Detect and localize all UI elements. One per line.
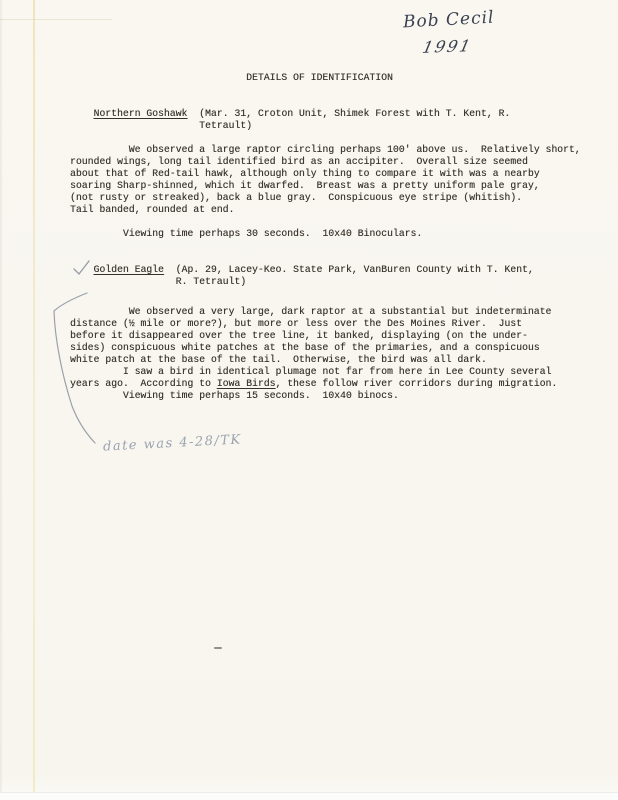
stray-dash-mark — [214, 647, 222, 649]
scanner-bottom-edge — [0, 792, 618, 800]
checkmark-icon — [74, 261, 89, 274]
scanned-document-page: Bob Cecil 1991 DETAILS OF IDENTIFICATION… — [0, 0, 618, 800]
pencil-marks-overlay — [0, 0, 618, 800]
margin-bracket-line — [54, 293, 95, 443]
